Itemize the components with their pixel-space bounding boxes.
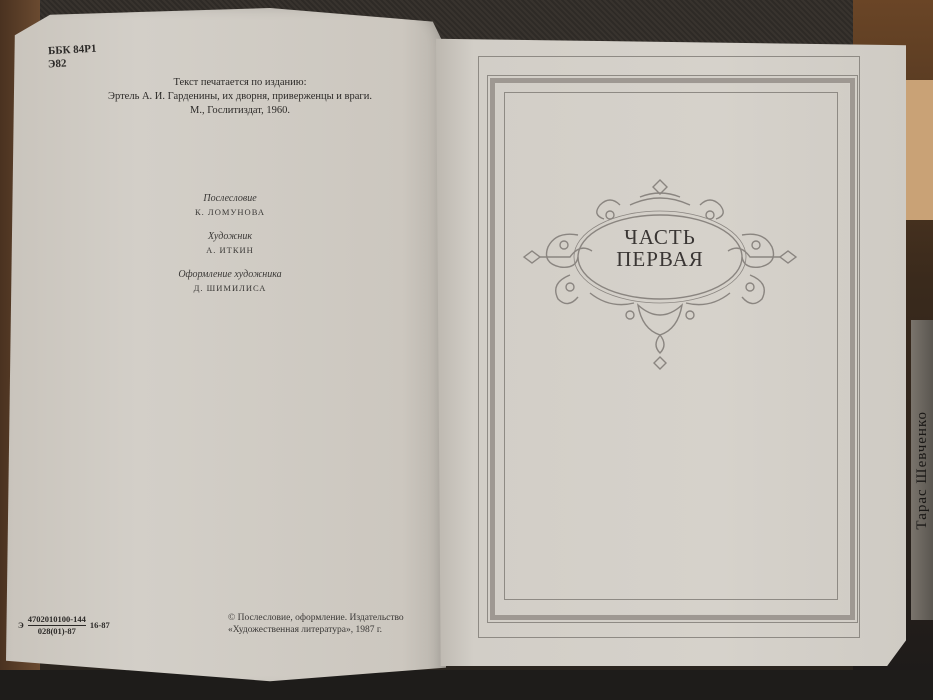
edition-note: Текст печатается по изданию: Эртель А. И…	[85, 76, 395, 118]
catalog-prefix: Э	[18, 620, 24, 630]
chapter-title: ЧАСТЬ ПЕРВАЯ	[580, 226, 740, 270]
catalog-fraction: 4702010100-144 028(01)-87	[28, 614, 86, 636]
edition-line-2: М., Гослитиздат, 1960.	[85, 104, 395, 118]
credit-name-artist: А. ИТКИН	[130, 245, 330, 255]
edition-line-1: Эртель А. И. Гарденины, их дворня, приве…	[85, 90, 395, 104]
copyright-line-2: «Художественная литература», 1987 г.	[228, 624, 428, 636]
background-book-spine: Тарас Шевченко	[911, 320, 933, 620]
table-bottom-edge	[0, 670, 933, 700]
credits-block: Послесловие К. ЛОМУНОВА Художник А. ИТКИ…	[130, 185, 330, 293]
credit-role-design: Оформление художника	[130, 269, 330, 280]
credit-role-artist: Художник	[130, 231, 330, 242]
chapter-title-line-1: ЧАСТЬ	[580, 226, 740, 248]
credit-name-afterword: К. ЛОМУНОВА	[130, 207, 330, 217]
credit-name-design: Д. ШИМИЛИСА	[130, 283, 330, 293]
catalog-numerator: 4702010100-144	[28, 614, 86, 626]
edition-heading: Текст печатается по изданию:	[85, 76, 395, 90]
chapter-title-line-2: ПЕРВАЯ	[580, 248, 740, 270]
copyright-note: © Послесловие, оформление. Издательство …	[228, 612, 428, 636]
spine-text: Тарас Шевченко	[914, 411, 931, 530]
catalog-suffix: 16-87	[90, 620, 110, 630]
catalog-index: Э 4702010100-144 028(01)-87 16-87	[18, 614, 110, 636]
catalog-denominator: 028(01)-87	[38, 626, 76, 636]
copyright-line-1: Послесловие, оформление. Издательство	[238, 613, 404, 623]
copyright-icon: ©	[228, 613, 235, 623]
bbk-code: ББК 84Р1	[48, 43, 97, 58]
credit-role-afterword: Послесловие	[130, 193, 330, 204]
author-mark: Э82	[48, 58, 67, 71]
ornamental-cartouche-icon	[520, 175, 800, 370]
